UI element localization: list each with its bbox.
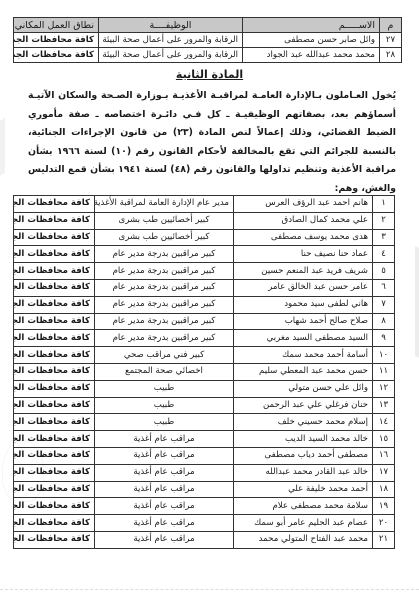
- row-scope: كافة محافظات الجمهورية: [14, 464, 95, 481]
- row-name: هدى محمد يوسف مصطفى: [234, 229, 373, 246]
- staff-table: ١هانم احمد عبد الرؤف العرسمدير عام الإدا…: [13, 195, 395, 549]
- row-num: ٤: [373, 246, 395, 263]
- row-scope: كافة محافظات الجمهورية: [14, 447, 95, 464]
- row-job: كبير أخصائيين طب بشرى: [95, 229, 234, 246]
- row-name: عامر حسن عبد الخالق عامر: [234, 279, 373, 296]
- table-row: ٣هدى محمد يوسف مصطفىكبير أخصائيين طب بشر…: [14, 229, 395, 246]
- row-job: مراقب عام أغذية: [95, 531, 234, 548]
- row-job: طبيب: [95, 397, 234, 414]
- row-job: كبير مراقبين بدرجة مدير عام: [95, 246, 234, 263]
- scan-artifact-line: [0, 589, 419, 590]
- row-scope: كافة محافظات الجمهورية: [14, 414, 95, 431]
- row-name: خالد محمد السيد الديب: [234, 431, 373, 448]
- article-title: المادة الثانية: [0, 68, 419, 81]
- row-scope: كافة محافظات الجمهورية: [14, 431, 95, 448]
- row-name: محمد عبد الفتاح المتولي محمد: [234, 531, 373, 548]
- row-job: مراقب عام أغذية: [95, 481, 234, 498]
- row-job: طبيب: [95, 414, 234, 431]
- row-scope: كافة محافظات الجمهورية: [14, 313, 95, 330]
- row-job: مراقب عام أغذية: [95, 464, 234, 481]
- row-num: ٦: [373, 279, 395, 296]
- row-num: ١: [373, 196, 395, 213]
- table-header-row: م الاســـــم الوظيفــــة نطاق العمل المك…: [14, 18, 402, 33]
- row-name: سلامة محمد مصطفى علام: [234, 498, 373, 515]
- header-job: الوظيفــــة: [99, 18, 243, 33]
- row-job: الرقابة والمرور على أعمال صحة البيئة: [99, 33, 243, 48]
- table-row: ٢٠عصام عبد الحليم عامر أبو سمكمراقب عام …: [14, 515, 395, 532]
- row-job: كبير فني مراقب صحي: [95, 347, 234, 364]
- table-row: ١٩سلامة محمد مصطفى علاممراقب عام أغذيةكا…: [14, 498, 395, 515]
- row-num: ٨: [373, 313, 395, 330]
- row-name: أحمد محمد خليفة علي: [234, 481, 373, 498]
- table-row: ٥شريف فريد عبد المنعم حسينكبير مراقبين ب…: [14, 263, 395, 280]
- row-scope: كافة محافظات الجمهورية: [14, 515, 95, 532]
- row-job: كبير مراقبين بدرجة مدير عام: [95, 330, 234, 347]
- row-job: اخصائي صحة المجتمع: [95, 363, 234, 380]
- row-scope: كافة محافظات الجمهورية: [14, 481, 95, 498]
- row-num: ١٤: [373, 414, 395, 431]
- table-row: ٩السيد مصطفى السيد مغربيكبير مراقبين بدر…: [14, 330, 395, 347]
- table-row: ٢٧ وائل صابر حسن مصطفى الرقابة والمرور ع…: [14, 33, 402, 48]
- header-name: الاســـــم: [243, 18, 380, 33]
- row-num: ٣: [373, 229, 395, 246]
- row-num: ١٥: [373, 431, 395, 448]
- row-num: ٢١: [373, 531, 395, 548]
- row-name: حنان فرغلي علي عبد الرحمن: [234, 397, 373, 414]
- row-scope: كافة محافظات الجمهورية: [14, 212, 95, 229]
- row-name: هاني لطفى سيد محمود: [234, 296, 373, 313]
- article-body: يُخول العـاملون بـالإدارة العامـة لمراقب…: [28, 87, 396, 199]
- row-name: عصام عبد الحليم عامر أبو سمك: [234, 515, 373, 532]
- row-num: ١٣: [373, 397, 395, 414]
- row-scope: كافة محافظات الجمهورية: [14, 229, 95, 246]
- row-num: ٢٨: [380, 48, 402, 63]
- row-scope: كافة محافظات الجمهورية: [14, 397, 95, 414]
- top-table: م الاســـــم الوظيفــــة نطاق العمل المك…: [13, 17, 402, 63]
- table-row: ١٣حنان فرغلي علي عبد الرحمنطبيبكافة محاف…: [14, 397, 395, 414]
- row-num: ٩: [373, 330, 395, 347]
- row-job: كبير مراقبين بدرجة مدير عام: [95, 263, 234, 280]
- row-name: علي محمد كمال الصادق: [234, 212, 373, 229]
- header-num: م: [380, 18, 402, 33]
- row-scope: كافة محافظات الجمهورية: [14, 196, 95, 213]
- row-num: ١٧: [373, 464, 395, 481]
- row-name: إسلام محمد حسيني خلف: [234, 414, 373, 431]
- row-num: ١٦: [373, 447, 395, 464]
- row-job: طبيب: [95, 380, 234, 397]
- row-job: مراقب عام أغذية: [95, 515, 234, 532]
- row-job: كبير أخصائيين طب بشرى: [95, 212, 234, 229]
- table-row: ٢١محمد عبد الفتاح المتولي محمدمراقب عام …: [14, 531, 395, 548]
- row-job: مراقب عام أغذية: [95, 431, 234, 448]
- row-scope: كافة محافظات الجمهورية: [14, 363, 95, 380]
- table-row: ١هانم احمد عبد الرؤف العرسمدير عام الإدا…: [14, 196, 395, 213]
- row-name: هانم احمد عبد الرؤف العرس: [234, 196, 373, 213]
- row-num: ٥: [373, 263, 395, 280]
- table-row: ١٢وائل علي حسن متوليطبيبكافة محافظات الج…: [14, 380, 395, 397]
- row-name: صلاح صالح أحمد شهاب: [234, 313, 373, 330]
- row-scope: كافة محافظات الجمهورية: [14, 330, 95, 347]
- row-job: كبير مراقبين بدرجة مدير عام: [95, 313, 234, 330]
- table-row: ٦عامر حسن عبد الخالق عامركبير مراقبين بد…: [14, 279, 395, 296]
- row-name: شريف فريد عبد المنعم حسين: [234, 263, 373, 280]
- table-row: ٢٨ محمد محمد عبدالله عبد الجواد الرقابة …: [14, 48, 402, 63]
- row-name: وائل علي حسن متولي: [234, 380, 373, 397]
- row-job: مراقب عام أغذية: [95, 498, 234, 515]
- row-name: حسن محمد عبد المعطي سليم: [234, 363, 373, 380]
- row-job: الرقابة والمرور على أعمال صحة البيئة: [99, 48, 243, 63]
- row-job: مراقب عام أغذية: [95, 447, 234, 464]
- row-name: السيد مصطفى السيد مغربي: [234, 330, 373, 347]
- row-name: وائل صابر حسن مصطفى: [243, 33, 380, 48]
- table-row: ٧هاني لطفى سيد محمودكبير مراقبين بدرجة م…: [14, 296, 395, 313]
- row-job: كبير مراقبين بدرجة مدير عام: [95, 296, 234, 313]
- row-scope: كافة محافظات الجمهورية: [14, 296, 95, 313]
- row-scope: كافة محافظات الجمهورية: [14, 347, 95, 364]
- row-num: ١٩: [373, 498, 395, 515]
- row-scope: كافة محافظات الجمهورية: [14, 380, 95, 397]
- row-scope: كافة محافظات الجمهورية: [14, 263, 95, 280]
- table-row: ١٥خالد محمد السيد الديبمراقب عام أغذيةكا…: [14, 431, 395, 448]
- row-num: ١٢: [373, 380, 395, 397]
- table-row: ٤عماد حنا نصيف حناكبير مراقبين بدرجة مدي…: [14, 246, 395, 263]
- row-scope: كافة محافظات الجمهورية: [14, 48, 99, 63]
- row-job: كبير مراقبين بدرجة مدير عام: [95, 279, 234, 296]
- table-row: ١٧خالد عبد القادر محمد عبداللهمراقب عام …: [14, 464, 395, 481]
- row-num: ٢٠: [373, 515, 395, 532]
- table-row: ١١حسن محمد عبد المعطي سليماخصائي صحة الم…: [14, 363, 395, 380]
- table-row: ١٦مصطفى أحمد دياب مصطفىمراقب عام أغذيةكا…: [14, 447, 395, 464]
- row-scope: كافة محافظات الجمهورية: [14, 498, 95, 515]
- table-row: ١٨أحمد محمد خليفة عليمراقب عام أغذيةكافة…: [14, 481, 395, 498]
- table-row: ٢علي محمد كمال الصادقكبير أخصائيين طب بش…: [14, 212, 395, 229]
- row-name: عماد حنا نصيف حنا: [234, 246, 373, 263]
- row-num: ١١: [373, 363, 395, 380]
- row-scope: كافة محافظات الجمهورية: [14, 33, 99, 48]
- row-name: مصطفى أحمد دياب مصطفى: [234, 447, 373, 464]
- table-row: ١٤إسلام محمد حسيني خلفطبيبكافة محافظات ا…: [14, 414, 395, 431]
- row-num: ٢: [373, 212, 395, 229]
- row-name: محمد محمد عبدالله عبد الجواد: [243, 48, 380, 63]
- row-scope: كافة محافظات الجمهورية: [14, 279, 95, 296]
- table-row: ١٠أسامة أحمد محمد سمككبير فني مراقب صحيك…: [14, 347, 395, 364]
- row-scope: كافة محافظات الجمهورية: [14, 531, 95, 548]
- row-name: خالد عبد القادر محمد عبدالله: [234, 464, 373, 481]
- row-job: مدير عام الإدارة العامة لمراقبة الأغذية: [95, 196, 234, 213]
- row-scope: كافة محافظات الجمهورية: [14, 246, 95, 263]
- row-num: ٧: [373, 296, 395, 313]
- row-num: ١٨: [373, 481, 395, 498]
- table-row: ٨صلاح صالح أحمد شهابكبير مراقبين بدرجة م…: [14, 313, 395, 330]
- row-num: ٢٧: [380, 33, 402, 48]
- row-num: ١٠: [373, 347, 395, 364]
- row-name: أسامة أحمد محمد سمك: [234, 347, 373, 364]
- header-scope: نطاق العمل المكاني: [14, 18, 99, 33]
